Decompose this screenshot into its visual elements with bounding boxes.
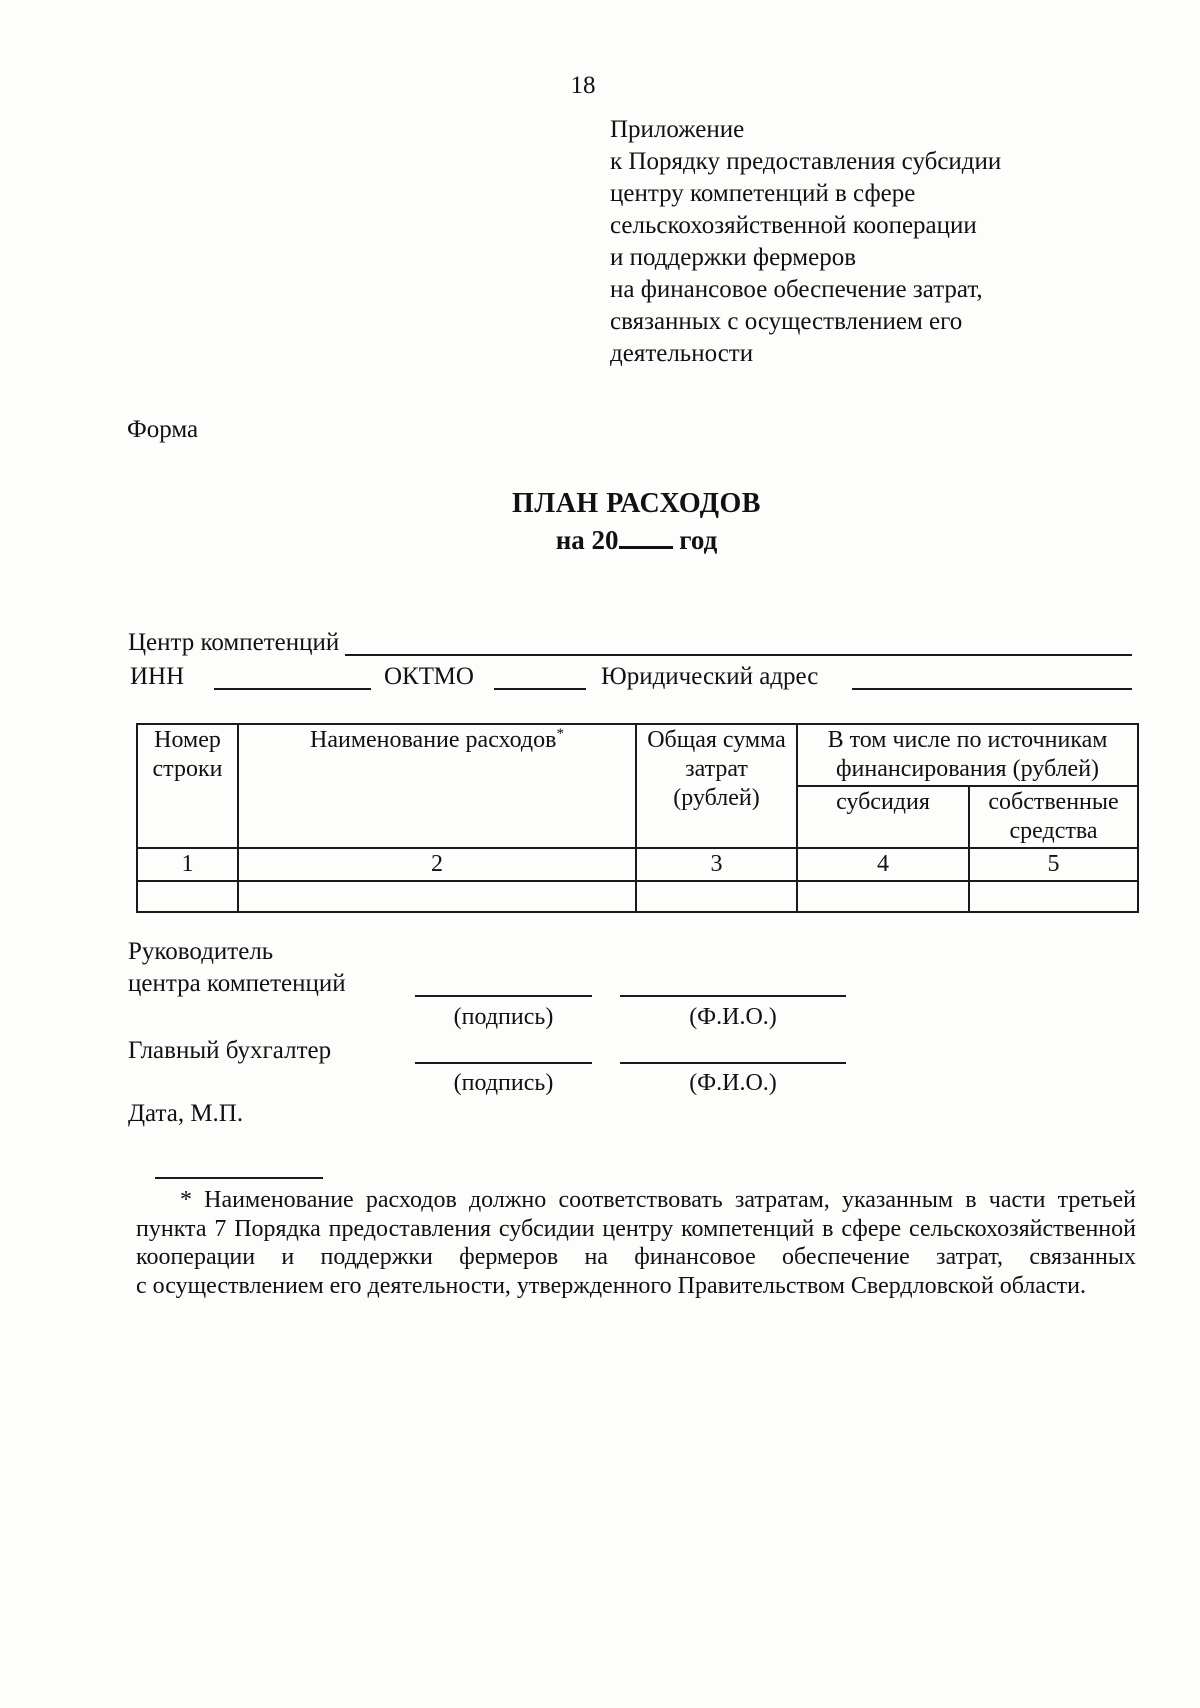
accountant-signature-line [415, 1062, 592, 1064]
name-caption: (Ф.И.О.) [620, 1004, 846, 1031]
footnote-line: * Наименование расходов должно соответст… [136, 1186, 1136, 1215]
appendix-line: центру компетенций в сфере [610, 178, 1001, 210]
appendix-line: сельскохозяйственной кооперации [610, 210, 1001, 242]
footnote-marker: * [556, 726, 564, 742]
title-line2: на 20 год [136, 525, 1137, 556]
appendix-line: Приложение [610, 114, 1001, 146]
head-signature-line [415, 995, 592, 997]
footnote-rule [155, 1177, 323, 1179]
head-name-line [620, 995, 846, 997]
oktmo-field-label: ОКТМО [384, 663, 474, 691]
appendix-note: Приложение к Порядку предоставления субс… [610, 114, 1001, 370]
inn-field-label: ИНН [130, 663, 184, 691]
center-fill-line [345, 654, 1132, 656]
header-total-amount: Общая сумма затрат (рублей) [636, 724, 797, 848]
column-number: 4 [797, 848, 969, 881]
date-stamp-label: Дата, М.П. [128, 1100, 243, 1128]
appendix-line: связанных с осуществлением его [610, 306, 1001, 338]
empty-data-cell [797, 881, 969, 912]
appendix-line: на финансовое обеспечение затрат, [610, 274, 1001, 306]
header-own-funds: собственные средства [969, 786, 1138, 848]
address-fill-line [852, 688, 1132, 690]
head-title-line1: Руководитель [128, 938, 273, 966]
expenses-table: Номер строки Наименование расходов* Обща… [136, 723, 1139, 913]
empty-data-cell [969, 881, 1138, 912]
title-year-suffix: год [679, 525, 717, 555]
accountant-name-line [620, 1062, 846, 1064]
empty-data-cell [238, 881, 636, 912]
empty-data-cell [137, 881, 238, 912]
column-number: 2 [238, 848, 636, 881]
header-subsidy: субсидия [797, 786, 969, 848]
accountant-title: Главный бухгалтер [128, 1037, 331, 1065]
footnote-line: пункта 7 Порядка предоставления субсидии… [136, 1215, 1136, 1244]
form-label: Форма [127, 416, 198, 444]
empty-data-cell [636, 881, 797, 912]
appendix-line: деятельности [610, 338, 1001, 370]
appendix-line: к Порядку предоставления субсидии [610, 146, 1001, 178]
footnote-text: * Наименование расходов должно соответст… [136, 1186, 1136, 1300]
header-funding-sources: В том числе по источникам финансирования… [797, 724, 1138, 786]
document-title: ПЛАН РАСХОДОВ на 20 год [136, 488, 1137, 556]
title-line1: ПЛАН РАСХОДОВ [136, 488, 1137, 520]
signature-caption: (подпись) [415, 1070, 592, 1097]
head-title-line2: центра компетенций [128, 970, 346, 998]
header-expense-name: Наименование расходов* [238, 724, 636, 848]
header-expense-name-text: Наименование расходов [310, 727, 556, 753]
inn-fill-line [214, 688, 371, 690]
footnote-line: с осуществлением его деятельности, утвер… [136, 1272, 1136, 1301]
oktmo-fill-line [494, 688, 586, 690]
name-caption: (Ф.И.О.) [620, 1070, 846, 1097]
page-number: 18 [558, 72, 608, 100]
title-year-prefix: на 20 [556, 525, 619, 555]
signature-caption: (подпись) [415, 1004, 592, 1031]
year-fill-blank [619, 541, 673, 549]
footnote-line: кооперации и поддержки фермеров на финан… [136, 1243, 1136, 1272]
appendix-line: и поддержки фермеров [610, 242, 1001, 274]
column-number: 5 [969, 848, 1138, 881]
header-row-number: Номер строки [137, 724, 238, 848]
column-number: 1 [137, 848, 238, 881]
center-field-label: Центр компетенций [128, 629, 339, 657]
column-number: 3 [636, 848, 797, 881]
document-page: { "page": { "number": "18" }, "appendix"… [0, 0, 1200, 1708]
address-field-label: Юридический адрес [601, 663, 818, 691]
